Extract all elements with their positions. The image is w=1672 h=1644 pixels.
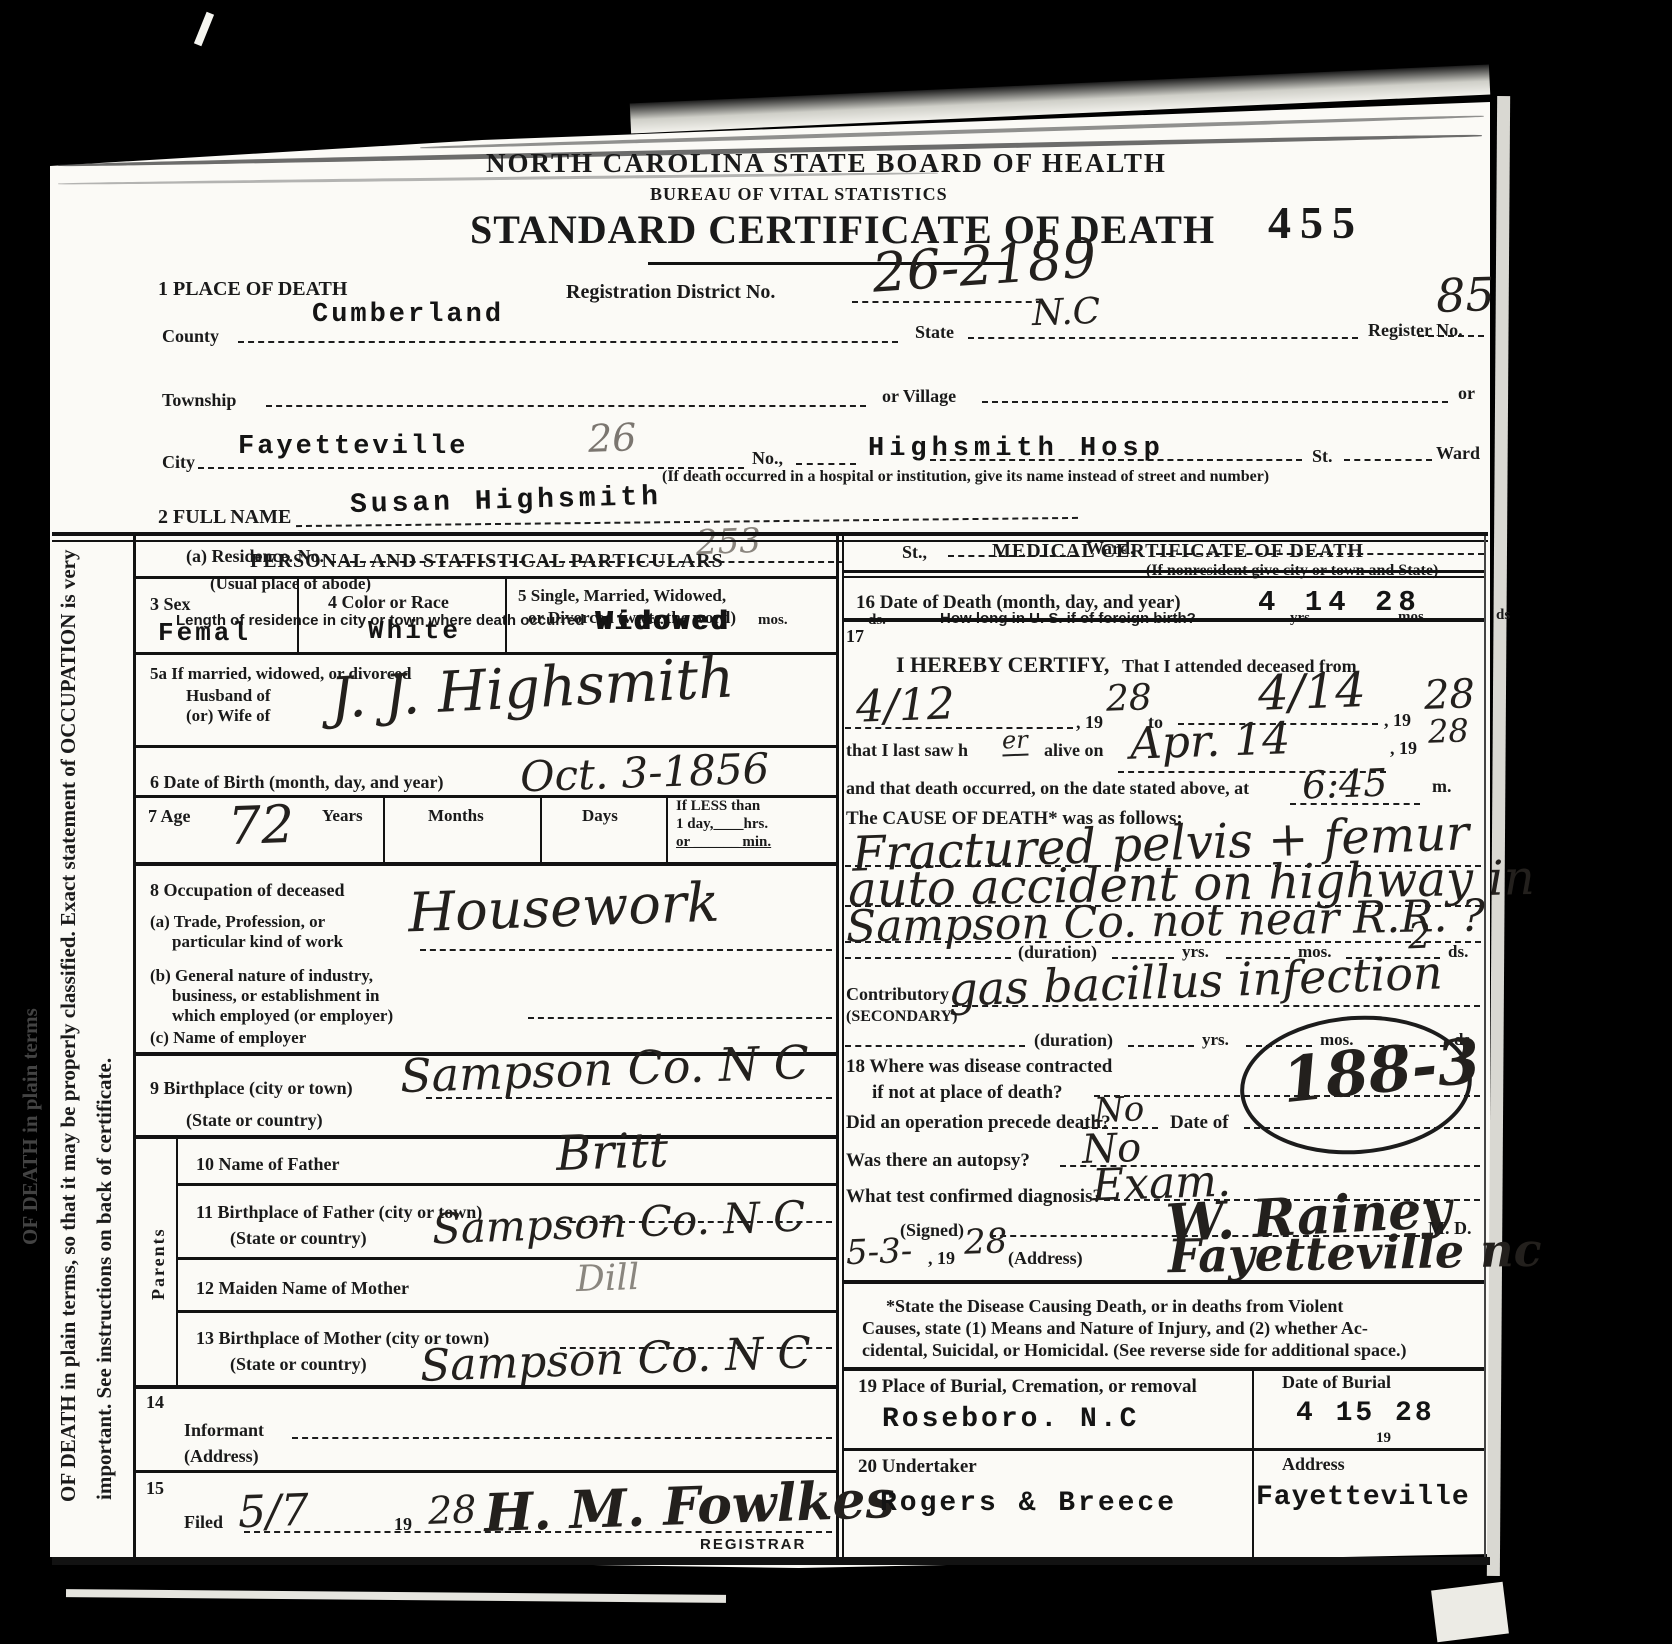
sign-19-label: , 19 <box>928 1248 955 1269</box>
contributory-label: Contributory <box>846 984 949 1005</box>
sign-date-value: 5-3- <box>845 1231 913 1273</box>
date-of-death-label: 16 Date of Death (month, day, and year) <box>856 592 1181 614</box>
st-label: St. <box>1312 446 1333 467</box>
page-corner-bottom-right <box>1431 1582 1509 1642</box>
death-occurred-label: and that death occurred, on the date sta… <box>846 778 1249 799</box>
personal-section-title: PERSONAL AND STATISTICAL PARTICULARS <box>250 550 724 573</box>
state-value: N.C <box>1031 291 1101 334</box>
mother-label: 12 Maiden Name of Mother <box>196 1278 409 1299</box>
registration-label: Registration District No. <box>566 281 775 304</box>
city-stray-mark: 26 <box>587 415 637 461</box>
informant-bottom <box>133 1470 839 1473</box>
occupation-value: Housework <box>407 871 720 945</box>
st-ward-dots <box>1344 458 1432 461</box>
footnote-line-2: Causes, state (1) Means and Nature of In… <box>862 1318 1368 1339</box>
duration2-yrs: yrs. <box>1202 1030 1229 1050</box>
operation-label: Did an operation precede death? <box>846 1112 1111 1134</box>
age-less-2: 1 day,____hrs. <box>676 816 768 833</box>
father-bp-label2: (State or country) <box>230 1228 367 1249</box>
occupation-a-dots <box>420 948 832 951</box>
lastsaw-label-1: that I last saw h <box>846 740 968 761</box>
operation-dateof-label: Date of <box>1170 1112 1229 1134</box>
sign-address-label: (Address) <box>1008 1248 1083 1269</box>
father-bottom <box>178 1183 839 1186</box>
place-section-label: 1 PLACE OF DEATH <box>158 278 347 301</box>
certify-from-dots <box>845 726 1073 729</box>
burial-label: 19 Place of Burial, Cremation, or remova… <box>858 1376 1197 1398</box>
race-label: 4 Color or Race <box>328 592 449 613</box>
medical-section-title: MEDICAL CERTIFICATE OF DEATH <box>992 540 1364 563</box>
q18-label-1: 18 Where was disease contracted <box>846 1056 1112 1078</box>
occupation-b-dots <box>528 1016 832 1019</box>
item17-number: 17 <box>846 626 864 647</box>
occupation-c: (c) Name of employer <box>150 1028 306 1048</box>
occupation-a2: particular kind of work <box>172 932 343 952</box>
undertaker-address-label: Address <box>1282 1454 1345 1475</box>
marital-label-1: 5 Single, Married, Widowed, <box>518 586 726 606</box>
spouse-label-2: Husband of <box>186 686 271 706</box>
right-border <box>1484 536 1486 1559</box>
occupation-b1: (b) General nature of industry, <box>150 966 373 986</box>
undertaker-address-value: Fayetteville <box>1256 1482 1470 1513</box>
state-label: State <box>915 322 954 343</box>
informant-dots <box>292 1436 832 1439</box>
duration2-lead-dots <box>845 1044 1025 1047</box>
center-divider-a <box>836 536 839 1559</box>
township-dots <box>266 404 866 407</box>
filed-label: Filed <box>184 1512 223 1533</box>
birthplace-bottom <box>133 1135 839 1139</box>
duration1-ds: ds. <box>1448 942 1468 962</box>
signed-section-bottom <box>842 1280 1484 1284</box>
register-label: Register No. <box>1368 320 1463 341</box>
sex-label: 3 Sex <box>150 594 191 615</box>
dob-value: Oct. 3-1856 <box>519 744 770 802</box>
page-edge-sliver-bottom <box>66 1589 726 1603</box>
birthplace-label2: (State or country) <box>186 1110 323 1131</box>
occupation-b2: business, or establishment in <box>172 986 380 1006</box>
autopsy-label: Was there an autopsy? <box>846 1150 1030 1172</box>
duration1-lead-dots <box>845 956 1011 959</box>
parents-gutter-line <box>176 1135 178 1385</box>
father-bp-bottom <box>178 1257 839 1260</box>
occupation-label: 8 Occupation of deceased <box>150 880 344 901</box>
parents-label: Parents <box>148 1227 169 1300</box>
certify-from-value: 4/12 <box>855 678 956 732</box>
sign-year-value: 28 <box>963 1221 1008 1262</box>
age-years-label: Years <box>322 806 363 826</box>
date-of-death-value: 4 14 28 <box>1258 586 1422 619</box>
footnote-line-3: cidental, Suicidal, or Homicidal. (See r… <box>862 1340 1406 1361</box>
margin-note-mid: OF DEATH in plain terms, so that it may … <box>56 549 81 1502</box>
date-of-death-bottom <box>842 618 1484 622</box>
lastsaw-sup: er <box>1001 726 1028 757</box>
burial-row-bottom <box>842 1448 1484 1451</box>
age-divider1 <box>383 795 385 862</box>
village-label: or Village <box>882 386 956 407</box>
filed-number: 15 <box>146 1478 164 1499</box>
race-value: White <box>368 616 461 646</box>
dob-label: 6 Date of Birth (month, day, and year) <box>150 772 444 793</box>
occupation-a1: (a) Trade, Profession, or <box>150 912 325 932</box>
certificate-number-stamp: 455 <box>1268 196 1364 249</box>
mother-value: Dill <box>575 1257 640 1300</box>
bottom-rule <box>52 1557 1490 1565</box>
certify-bold: I HEREBY CERTIFY, <box>896 652 1109 678</box>
village-dots <box>982 400 1448 403</box>
register-dots <box>1418 334 1484 337</box>
hospital-note: (If death occurred in a hospital or inst… <box>662 468 1269 486</box>
burial-date-value: 4 15 28 <box>1296 1398 1435 1429</box>
test-label: What test confirmed diagnosis? <box>846 1186 1102 1208</box>
city-label: City <box>162 452 195 473</box>
sex-row-top <box>133 576 839 579</box>
scanned-death-certificate: OF DEATH in plain terms OF DEATH in plai… <box>0 0 1672 1644</box>
cause-dots-3 <box>845 940 1481 943</box>
length-mos-label: mos. <box>758 612 788 629</box>
residence-st-label: St., <box>902 542 927 563</box>
physician-address: Fayetteville nc <box>1168 1223 1542 1284</box>
father-label: 10 Name of Father <box>196 1154 339 1175</box>
county-value: Cumberland <box>312 300 504 330</box>
informant-number: 14 <box>146 1392 164 1413</box>
center-divider-b <box>842 536 844 1559</box>
secondary-label: (SECONDARY) <box>846 1008 957 1026</box>
death-m-label: m. <box>1432 776 1452 797</box>
mother-bottom <box>178 1310 839 1313</box>
filed-date-value: 5/7 <box>237 1485 310 1538</box>
age-value: 72 <box>227 795 295 857</box>
state-dots <box>968 336 1358 339</box>
or-label: or <box>1458 383 1475 404</box>
city-value: Fayetteville <box>238 432 468 462</box>
certify-from-19: , 19 <box>1076 712 1103 733</box>
burial-date-label: Date of Burial <box>1282 1372 1391 1393</box>
lastsaw-label-2: alive on <box>1044 740 1104 761</box>
burial-place-value: Roseboro. N.C <box>882 1404 1139 1435</box>
medical-title-rule-b <box>842 576 1484 578</box>
footnote-line-1: *State the Disease Causing Death, or in … <box>886 1296 1343 1317</box>
birthplace-label: 9 Birthplace (city or town) <box>150 1078 353 1099</box>
medical-title-rule-a <box>842 570 1484 573</box>
age-label: 7 Age <box>148 806 191 827</box>
mother-bp-label2: (State or country) <box>230 1354 367 1375</box>
age-days-label: Days <box>582 806 618 826</box>
occupation-b3: which employed (or employer) <box>172 1006 393 1026</box>
county-label: County <box>162 326 219 347</box>
lastsaw-year: 28 <box>1427 711 1469 750</box>
duration2-dots-a <box>1128 1044 1194 1047</box>
duration2-label: (duration) <box>1034 1030 1113 1051</box>
filed-year-value: 28 <box>427 1487 477 1533</box>
sex-cell-divider2 <box>505 576 507 654</box>
undertaker-value: Rogers & Breece <box>880 1488 1177 1519</box>
age-less-1: If LESS than <box>676 798 760 815</box>
parents-bottom <box>133 1385 839 1389</box>
sex-row-bottom <box>133 652 839 655</box>
q18-label-2: if not at place of death? <box>872 1082 1063 1104</box>
death-time-value: 6:45 <box>1301 761 1388 808</box>
age-divider2 <box>540 795 542 862</box>
county-dots <box>238 340 898 343</box>
lastsaw-19: , 19 <box>1390 738 1417 759</box>
foreign-ds-label: ds <box>1496 607 1510 624</box>
ward-label: Ward <box>1436 443 1480 464</box>
marital-value: Widowed <box>596 608 730 638</box>
margin-note-outer: OF DEATH in plain terms <box>18 1008 43 1245</box>
header-bureau: BUREAU OF VITAL STATISTICS <box>650 184 948 205</box>
undertaker-label: 20 Undertaker <box>858 1456 977 1478</box>
age-divider3 <box>666 795 668 862</box>
no-dots <box>796 462 856 465</box>
top-double-rule-a <box>52 532 1488 536</box>
contributory-dots <box>952 1004 1480 1007</box>
scan-scratch <box>194 12 214 47</box>
left-border <box>133 536 136 1559</box>
certify-to-19: , 19 <box>1384 710 1411 731</box>
sex-value: Femal <box>158 618 251 648</box>
filed-19-label: 19 <box>394 1514 412 1535</box>
age-months-label: Months <box>428 806 484 826</box>
burial-date-19: 19 <box>1376 1430 1391 1447</box>
register-value: 85 <box>1435 267 1495 323</box>
father-value: Britt <box>555 1122 669 1182</box>
no-label: No., <box>752 448 783 469</box>
certify-from-year: 28 <box>1105 677 1152 720</box>
spouse-label-3: (or) Wife of <box>186 706 270 726</box>
age-row-bottom <box>133 862 839 866</box>
burial-cell-divider <box>1252 1367 1254 1557</box>
township-label: Township <box>162 390 236 411</box>
margin-note-inner: important. See instructions on back of c… <box>92 1058 117 1500</box>
sex-cell-divider1 <box>297 576 299 654</box>
informant-address-label: (Address) <box>184 1446 259 1467</box>
age-less-3: or ______ min. <box>676 834 771 851</box>
registrar-label: REGISTRAR <box>700 1536 806 1553</box>
informant-label: Informant <box>184 1420 264 1441</box>
lastsaw-value: Apr. 14 <box>1129 713 1291 770</box>
header-title: STANDARD CERTIFICATE OF DEATH <box>470 206 1215 253</box>
full-name-label: 2 FULL NAME <box>158 506 291 529</box>
header-board: NORTH CAROLINA STATE BOARD OF HEALTH <box>486 148 1167 179</box>
institution-dots <box>930 458 1302 461</box>
footnote-bottom <box>842 1367 1484 1371</box>
operation-date-dots <box>1244 1126 1480 1129</box>
